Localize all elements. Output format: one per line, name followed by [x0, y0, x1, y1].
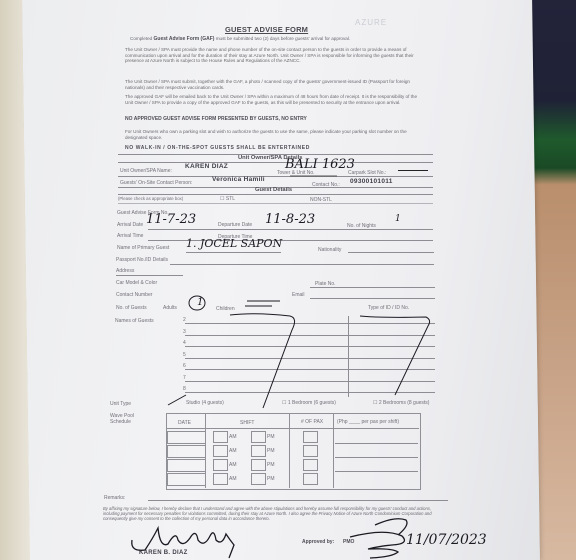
adults-circle-mark — [189, 296, 205, 310]
approver-signature — [350, 519, 407, 558]
children-dash-mark — [245, 301, 280, 306]
form-content: AZURE GUEST ADVISE FORM Completed Guest … — [0, 0, 576, 560]
owner-signature — [132, 528, 234, 558]
guest-names-strike-mark — [230, 314, 295, 408]
id-column-strike-mark — [360, 316, 430, 395]
handwritten-ink-marks — [0, 0, 576, 560]
unit-type-strike-mark — [168, 395, 186, 405]
